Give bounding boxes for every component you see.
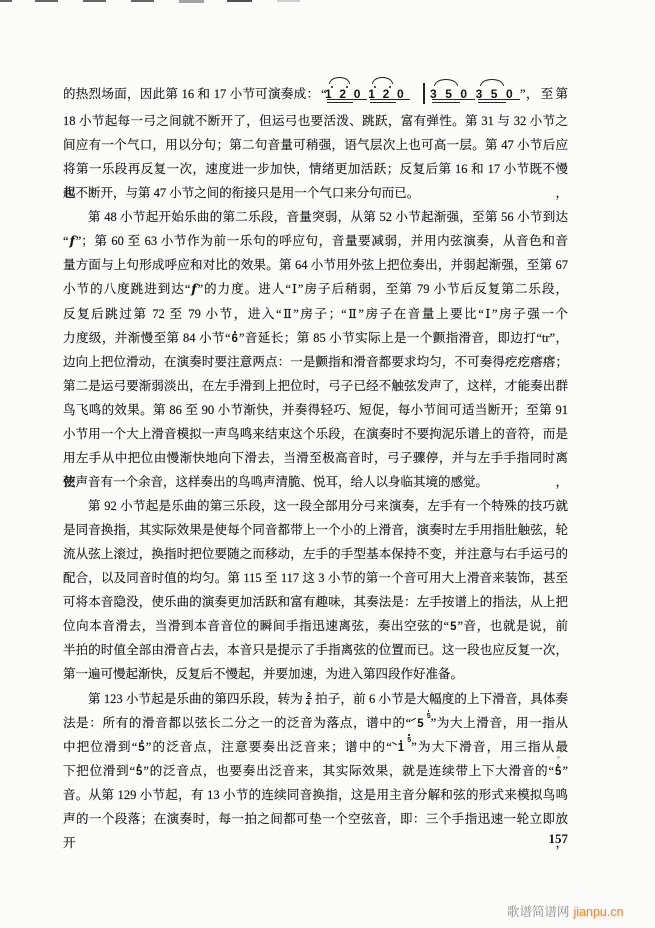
page-number: 157 (549, 827, 569, 851)
text-segment: 力度级，并渐慢至第 84 小节“ (63, 331, 231, 345)
note: 0 (506, 82, 521, 106)
inline-glide-down-note: 15 (392, 742, 411, 754)
text-line: 鸟飞鸣的效果。第 86 至 90 小节渐快，并奏得轻巧、短促，每小节间可适当断开… (63, 398, 568, 422)
note-digit: 5 (417, 718, 423, 730)
text-line: 18 小节起每一弓之间就不断开了，但运弓也要活泼、跳跃，富有弹性。第 31 与 … (63, 109, 568, 133)
text-segment: 小节用一个大上滑音模拟一声鸟鸣来结束这个乐段，在演奏时不要拘泥乐谱上的音符，而是 (63, 427, 568, 441)
note-digit: 5 (136, 766, 142, 778)
text-segment: 间应有一个气口，用以分句；第二句音量可稍强，语气层次上也可高一层。第 47 小节… (63, 138, 568, 152)
underline-beam (370, 102, 396, 103)
slur-mark (372, 77, 393, 84)
text-segment: ，至第 (526, 82, 568, 106)
text-segment: 中把位滑到“ (63, 740, 137, 754)
scan-edge-mark (131, 0, 154, 2)
jianpu-measure-1: 1 2 0 1 2 0 (325, 82, 412, 106)
text-line: 音。从第 129 小节起，有 13 小节的连续同音换指，这是用主音分解和弦的形式… (63, 783, 568, 807)
text-segment: 可将本音隐没，使乐曲的演奏更加活跃和富有趣味，其奏法是：左手按谱上的指法，从上把 (63, 595, 568, 609)
inline-note: 5 (137, 742, 145, 754)
paragraph: 第 92 小节起是乐曲的第三乐段，这一段全部用分弓来演奏，左手有一个特殊的技巧就… (63, 494, 568, 687)
note: 0 (460, 82, 475, 106)
text-line: 中把位滑到“5”的泛音点，注意要奏出泛音来；谱中的“15”为大下滑音，用三指从最 (63, 735, 568, 759)
text-segment: 第二是运弓要渐弱淡出，在左手滑到上把位时，弓子已经不触弦发声了，这样，才能奏出群 (63, 379, 568, 393)
inline-note: 6 (231, 333, 239, 345)
text-line: 可将本音隐没，使乐曲的演奏更加活跃和富有趣味，其奏法是：左手按谱上的指法，从上把 (63, 590, 568, 614)
grace-note: 5 (427, 713, 431, 720)
text-line-with-notation: 的热烈场面，因此第 16 和 17 小节可演奏成： “ 1 2 0 1 2 0 … (63, 82, 568, 109)
text-segment: 下把位滑到“ (63, 764, 135, 778)
inline-harmonic-note: ○5 (554, 766, 562, 778)
text-segment: ”的力度。进人“Ⅰ”房子后稍弱，至第 79 小节后反复第二乐段， (198, 282, 568, 296)
grace-note: 5 (407, 737, 411, 744)
text-segment: ”音，也就是说，前 (457, 619, 568, 633)
time-signature: 24 (306, 691, 312, 706)
note-digit: 1 (398, 742, 404, 754)
text-line: 声的一个段落；在演奏时，每一拍之间都可垫一个空弦音，即：三个手指迅速一轮立即放开… (63, 807, 568, 831)
text-line: 小节用一个大上滑音模拟一声鸟鸣来结束这个乐段，在演奏时不要拘泥乐谱上的音符，而是 (63, 422, 568, 446)
underline-beam (432, 99, 475, 100)
paragraph: 第 123 小节起是乐曲的第四乐段，转为24拍子，前 6 小节是大幅度的上下滑音… (63, 687, 568, 831)
inline-glide-up-note: 55 (411, 718, 430, 730)
watermark-domain: jianpu.cn (574, 905, 624, 919)
text-line: 位向本音滑去，当滑到本音音位的瞬间手指迅速离弦，奏出空弦的“5”音，也就是说，前 (63, 614, 568, 638)
note: 0 (397, 82, 411, 106)
scan-edge-mark (83, 0, 106, 2)
note-digit: 5 (555, 766, 561, 778)
underline-beam (327, 99, 367, 100)
text-segment: 反复后跳过第 72 至 79 小节，进入“Ⅱ”房子；“Ⅱ”房子在音量上要比“Ⅰ”… (63, 307, 568, 321)
underline-beam (478, 102, 506, 103)
note: 0 (354, 82, 368, 106)
text-segment: 拍子，前 6 小节是大幅度的上下滑音，具体奏 (315, 692, 568, 706)
jianpu-measure-2: 3 5 0 3 5 0 (430, 82, 522, 106)
text-line: 量方面与上句形成呼应和对比的效果。第 64 小节用外弦上把位奏出，并弱起渐强，至… (63, 253, 568, 277)
text-line: 将第一乐段再反复一次，速度进一步加快，情绪更加活跃；反复后第 16 和 17 小… (63, 157, 568, 181)
body-text: 的热烈场面，因此第 16 和 17 小节可演奏成： “ 1 2 0 1 2 0 … (63, 82, 568, 831)
paragraph: 第 48 小节起开始乐曲的第二乐段，音量突弱，从第 52 小节起渐强，至第 56… (63, 205, 568, 494)
text-segment: 音。从第 129 小节起，有 13 小节的连续同音换指，这是用主音分解和弦的形式… (63, 788, 568, 802)
text-segment: 是同音换指，其实际效果是使每个同音都带上一个小的上滑音，演奏时左手用指肚触弦，轮 (63, 523, 568, 537)
text-segment: 量方面与上句形成呼应和对比的效果。第 64 小节用外弦上把位奏出，并弱起渐强，至… (63, 258, 568, 272)
close-quote: ” (520, 82, 526, 106)
text-segment: 法是：所有的滑音都以弦长二分之一的泛音为落点，谱中的“ (63, 716, 411, 730)
slide-down-icon (392, 741, 397, 745)
text-segment: 第一遍可慢起渐快，反复后不慢起，并要加速，为进入第四段作好准备。 (63, 667, 463, 681)
text-segment: “ (63, 234, 69, 248)
text-line: 小节的八度跳进到达“f”的力度。进人“Ⅰ”房子后稍弱，至第 79 小节后反复第二… (63, 277, 568, 301)
underline-beam (478, 99, 520, 100)
note-digit: 5 (138, 742, 144, 754)
slur-mark (480, 79, 504, 86)
text-segment: ”音延长；第 85 小节实际上是一个颤指滑音，即边打“tr”， (239, 331, 568, 345)
text-line: 下把位滑到“5”的泛音点，也要奏出泛音来，其实际效果，就是连续带上下大滑音的“○… (63, 759, 568, 783)
text-segment: 流从弦上滚过，换指时把位要随之而移动，左手的手型基本保持不变，并注意与右手运弓的 (63, 547, 568, 561)
underline-beam (327, 102, 353, 103)
text-segment: 边向上把位滑动，在演奏时要注意两点：一是颤指和滑音都要求均匀，不可奏得疙疙瘩瘩； (63, 355, 568, 369)
inline-note: 5 (135, 766, 143, 778)
watermark: 歌谱简谱网jianpu.cn (507, 902, 624, 922)
paragraph: 的热烈场面，因此第 16 和 17 小节可演奏成： “ 1 2 0 1 2 0 … (63, 82, 568, 205)
text-segment: ”的泛音点，也要奏出泛音来，其实际效果，就是连续带上下大滑音的“ (143, 764, 554, 778)
text-line: 第 48 小节起开始乐曲的第二乐段，音量突弱，从第 52 小节起渐强，至第 56… (63, 205, 568, 229)
text-line: 第 92 小节起是乐曲的第三乐段，这一段全部用分弓来演奏，左手有一个特殊的技巧就 (63, 494, 568, 518)
scan-edge-mark (0, 0, 12, 2)
scan-edge-mark (179, 0, 204, 3)
scan-edge-mark (227, 0, 252, 2)
barline (423, 83, 425, 104)
dynamic-forte-mark: f (190, 282, 197, 296)
watermark-site-name: 歌谱简谱网 (507, 904, 570, 919)
slur-mark (434, 79, 458, 86)
text-line: 力度级，并渐慢至第 84 小节“6”音延长；第 85 小节实际上是一个颤指滑音，… (63, 326, 568, 350)
text-segment: 位向本音滑去，当滑到本音音位的瞬间手指迅速离弦，奏出空弦的“ (63, 619, 449, 633)
text-line: 反复后跳过第 72 至 79 小节，进入“Ⅱ”房子；“Ⅱ”房子在音量上要比“Ⅰ”… (63, 302, 568, 326)
text-line: 第一遍可慢起渐快，反复后不慢起，并要加速，为进入第四段作好准备。 (63, 662, 568, 686)
text-segment: 使声音有一个余音，这样奏出的鸟鸣声清脆、悦耳，给人以身临其境的感觉。 (63, 475, 488, 489)
text-segment: 声的一个段落；在演奏时，每一拍之间都可垫一个空弦音，即：三个手指迅速一轮立即放开… (63, 812, 568, 850)
text-line: 用左手从中把位由慢渐快地向下滑去，当滑至极高音时，弓子骤停，并与左手手指同时离弦… (63, 446, 568, 470)
text-segment: ”；第 60 至 63 小节作为前一乐句的呼应句，音量要减弱，并用内弦演奏，从音… (76, 234, 568, 248)
text-line: 第二是运弓要渐弱淡出，在左手滑到上把位时，弓子已经不触弦发声了，这样，才能奏出群 (63, 374, 568, 398)
text-segment: ”为大上滑音，用一指从 (431, 716, 568, 730)
text-segment: 第 123 小节起是乐曲的第四乐段，转为 (88, 692, 303, 706)
scan-edge-mark (35, 0, 58, 2)
text-line: 半拍的时值全部由滑音占去，本音只是提示了手指离弦的位置而已。这一段也应反复一次， (63, 638, 568, 662)
note-digit: 5 (450, 621, 456, 633)
time-signature-bottom: 4 (306, 699, 312, 706)
underline-beam (370, 99, 410, 100)
text-segment: 小节的八度跳进到达“ (63, 282, 190, 296)
slur-mark (329, 77, 350, 84)
text-segment: 鸟飞鸣的效果。第 86 至 90 小节渐快，并奏得轻巧、短促，每小节间可适当断开… (63, 403, 568, 417)
text-line: 间应有一个气口，用以分句；第二句音量可稍强，语气层次上也可高一层。第 47 小节… (63, 133, 568, 157)
text-line: 法是：所有的滑音都以弦长二分之一的泛音为落点，谱中的“55”为大上滑音，用一指从 (63, 711, 568, 735)
text-segment: 的热烈场面，因此第 16 和 17 小节可演奏成： (63, 82, 319, 106)
slide-up-icon (411, 717, 416, 720)
text-segment: 也不断开，与第 47 小节之间的衔接只是用一个气口来分句而已。 (63, 186, 419, 200)
text-segment: ”的泛音点，注意要奏出泛音来；谱中的“ (146, 740, 392, 754)
text-segment: 18 小节起每一弓之间就不断开了，但运弓也要活泼、跳跃，富有弹性。第 31 与 … (63, 114, 568, 128)
harmonic-circle-icon: ○ (556, 755, 560, 761)
note-digit: 6 (232, 333, 238, 345)
text-segment: ” (562, 764, 568, 778)
text-line: “f”；第 60 至 63 小节作为前一乐句的呼应句，音量要减弱，并用内弦演奏，… (63, 229, 568, 253)
scan-edge-mark (277, 0, 300, 2)
text-line: 配合，以及同音时值的均匀。第 115 至 117 这 3 小节的第一个音可用大上… (63, 566, 568, 590)
text-line: 是同音换指，其实际效果是使每个同音都带上一个小的上滑音，演奏时左手用指肚触弦，轮 (63, 518, 568, 542)
text-segment: ”为大下滑音，用三指从最 (411, 740, 568, 754)
text-segment: 第 48 小节起开始乐曲的第二乐段，音量突弱，从第 52 小节起渐强，至第 56… (88, 210, 568, 224)
inline-note: 5 (449, 621, 457, 633)
text-line: 边向上把位滑动，在演奏时要注意两点：一是颤指和滑音都要求均匀，不可奏得疙疙瘩瘩； (63, 350, 568, 374)
underline-beam (432, 102, 460, 103)
text-segment: 配合，以及同音时值的均匀。第 115 至 117 这 3 小节的第一个音可用大上… (63, 571, 568, 585)
text-line: 第 123 小节起是乐曲的第四乐段，转为24拍子，前 6 小节是大幅度的上下滑音… (63, 687, 568, 711)
dynamic-forte-mark: f (69, 234, 76, 248)
text-line: 流从弦上滚过，换指时把位要随之而移动，左手的手型基本保持不变，并注意与右手运弓的 (63, 542, 568, 566)
text-segment: 半拍的时值全部由滑音占去，本音只是提示了手指离弦的位置而已。这一段也应反复一次， (63, 643, 568, 657)
text-segment: 第 92 小节起是乐曲的第三乐段，这一段全部用分弓来演奏，左手有一个特殊的技巧就 (88, 499, 568, 513)
